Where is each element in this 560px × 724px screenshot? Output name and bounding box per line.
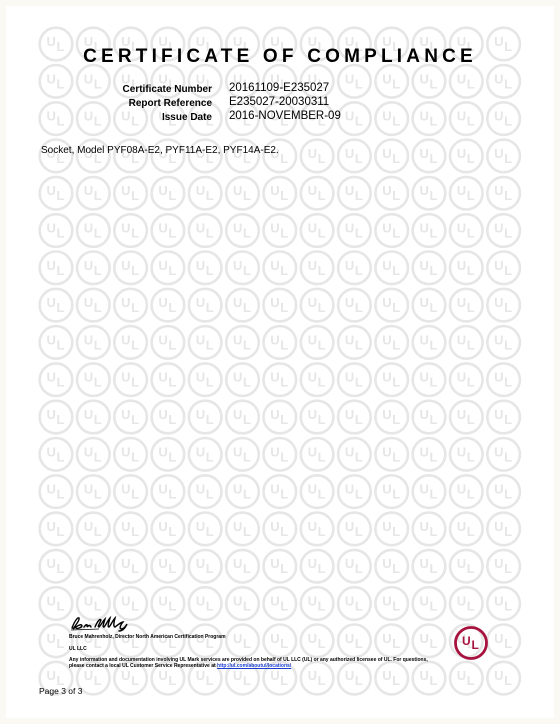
report-reference-value: E235027-20030311 [229, 96, 329, 108]
issue-date-label: Issue Date [162, 112, 212, 123]
issue-date-value: 2016-NOVEMBER-09 [229, 110, 341, 122]
page-indicator: Page 3 of 3 [39, 686, 82, 696]
certificate-number-label: Certificate Number [123, 84, 212, 95]
signer-name: Bruce Mahrenholz, Director North America… [69, 634, 226, 640]
disclaimer: Any information and documentation involv… [69, 657, 429, 669]
product-description: Socket, Model PYF08A-E2, PYF11A-E2, PYF1… [41, 145, 279, 156]
company-name: UL LLC [69, 646, 87, 652]
certificate-number-value: 20161109-E235027 [229, 82, 329, 94]
ul-logo-text: UL [462, 634, 479, 652]
locations-link[interactable]: http://ul.com/aboutul/locations/ [217, 663, 291, 669]
issue-date-row: Issue Date 2016-NOVEMBER-09 [0, 110, 560, 126]
ul-logo-icon: UL [453, 625, 489, 661]
report-reference-label: Report Reference [129, 98, 212, 109]
signature-icon [69, 614, 131, 632]
certificate-title: CERTIFICATE OF COMPLIANCE [0, 46, 560, 68]
